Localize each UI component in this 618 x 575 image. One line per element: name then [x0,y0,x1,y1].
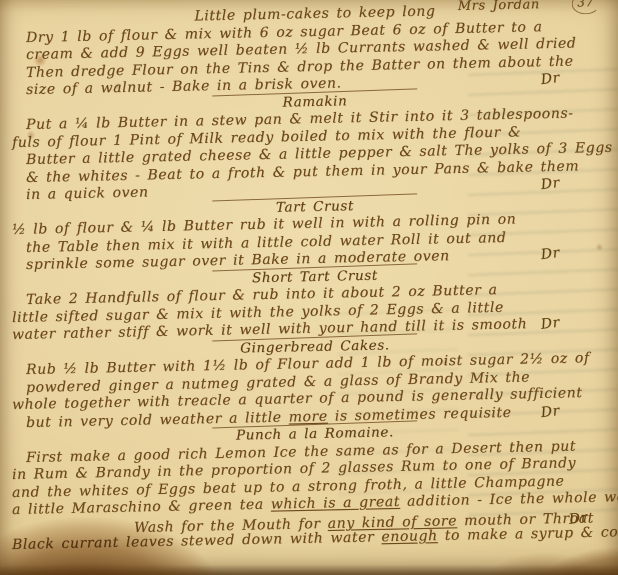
attribution: Mrs Jordan [458,0,540,15]
ditto-mark: Dr [540,70,561,90]
recipe-title: Punch a la Romaine. [236,424,394,443]
ditto-mark: Dr [540,315,561,335]
ditto-mark: Dr [540,245,561,265]
ditto-mark: Dr [540,175,561,195]
underlined-text: enough [381,528,438,545]
recipe-title: Tart Crust [276,198,354,216]
ditto-mark: Dr [540,402,561,422]
recipe-title: Short Tart Crust [252,267,378,286]
page-number: 37 [571,0,600,14]
underlined-text: more [288,408,327,425]
line-text: is sometimes requisite [328,404,512,424]
line-text: Black currant leaves stewed down with wa… [12,529,382,553]
manuscript-page: Little plum-cakes to keep long Mrs Jorda… [0,0,618,555]
recipe-title: Ramakin [282,93,347,110]
underlined-text: which is a great [271,494,401,513]
line-text: in a quick oven [26,184,149,203]
